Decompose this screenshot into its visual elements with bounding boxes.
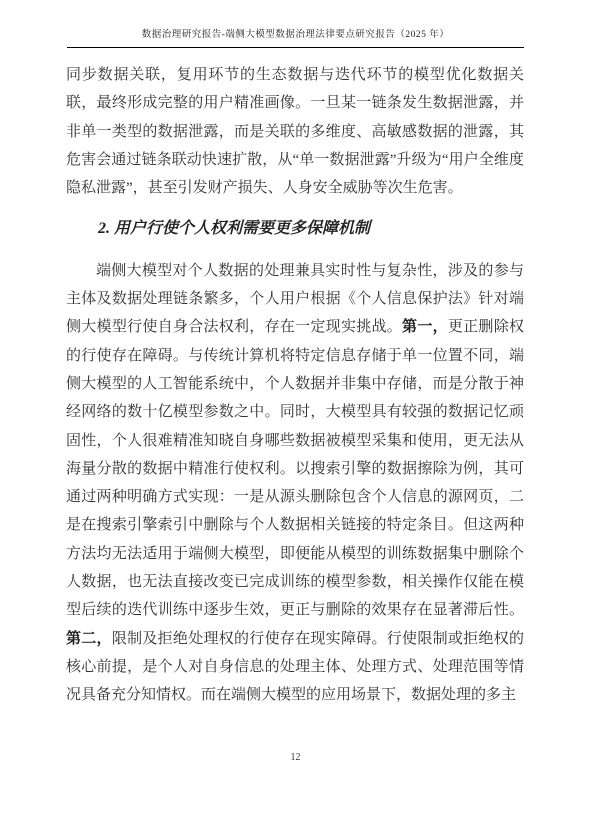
page-number: 12 xyxy=(291,752,301,763)
section-heading-user-rights: 2. 用户行使个人权利需要更多保障机制 xyxy=(66,215,524,243)
page-body: 同步数据关联，复用环节的生态数据与迭代环节的模型优化数据关联，最终形成完整的用户… xyxy=(66,61,524,710)
paragraph-user-rights-second-body: 限制及拒绝处理权的行使存在现实障碍。行使限制或拒绝权的核心前提，是个人对自身信息… xyxy=(66,631,524,704)
paragraph-user-rights: 端侧大模型对个人数据的处理兼具实时性与复杂性，涉及的参与主体及数据处理链条繁多，… xyxy=(66,257,524,710)
page-footer: 12 xyxy=(0,752,591,763)
paragraph-user-rights-first-body: 更正删除权的行使存在障碍。与传统计算机将特定信息存储于单一位置不同，端侧大模型的… xyxy=(66,319,524,618)
header-title: 数据治理研究报告-端侧大模型数据治理法律要点研究报告（2025 年） xyxy=(142,30,450,40)
document-page: 数据治理研究报告-端侧大模型数据治理法律要点研究报告（2025 年） 同步数据关… xyxy=(0,0,591,826)
marker-first: 第一， xyxy=(402,319,448,335)
marker-second: 第二， xyxy=(66,631,112,647)
paragraph-data-leak-continuation: 同步数据关联，复用环节的生态数据与迭代环节的模型优化数据关联，最终形成完整的用户… xyxy=(66,61,524,202)
page-header: 数据治理研究报告-端侧大模型数据治理法律要点研究报告（2025 年） xyxy=(67,26,524,48)
